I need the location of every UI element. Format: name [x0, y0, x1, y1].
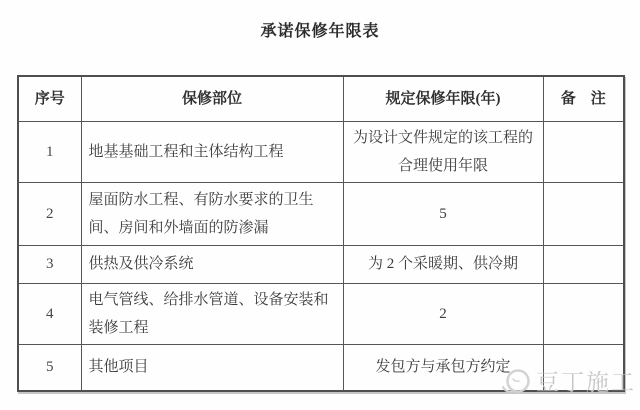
col-header-part: 保修部位 [81, 76, 343, 121]
remark-cell [543, 344, 624, 391]
table-row: 1 地基基础工程和主体结构工程 为设计文件规定的该工程的合理使用年限 [18, 121, 624, 182]
table-row: 5 其他项目 发包方与承包方约定 [18, 344, 624, 391]
col-header-index: 序号 [18, 76, 81, 121]
table-header-row: 序号 保修部位 规定保修年限(年) 备 注 [18, 76, 624, 121]
warranty-part: 供热及供冷系统 [81, 245, 343, 283]
col-header-period: 规定保修年限(年) [343, 76, 543, 121]
row-index: 3 [18, 245, 81, 283]
warranty-period: 5 [343, 182, 543, 245]
table-row: 4 电气管线、给排水管道、设备安装和装修工程 2 [18, 283, 624, 344]
remark-cell [543, 182, 624, 245]
warranty-period: 为设计文件规定的该工程的合理使用年限 [343, 121, 543, 182]
warranty-period: 2 [343, 283, 543, 344]
warranty-part: 地基基础工程和主体结构工程 [81, 121, 343, 182]
row-index: 1 [18, 121, 81, 182]
row-index: 5 [18, 344, 81, 391]
table-row: 2 屋面防水工程、有防水要求的卫生间、房间和外墙面的防渗漏 5 [18, 182, 624, 245]
remark-cell [543, 283, 624, 344]
warranty-part: 电气管线、给排水管道、设备安装和装修工程 [81, 283, 343, 344]
page-title: 承诺保修年限表 [0, 18, 640, 41]
remark-cell [543, 121, 624, 182]
warranty-part: 屋面防水工程、有防水要求的卫生间、房间和外墙面的防渗漏 [81, 182, 343, 245]
warranty-period: 为 2 个采暖期、供冷期 [343, 245, 543, 283]
warranty-period-table: 序号 保修部位 规定保修年限(年) 备 注 1 地基基础工程和主体结构工程 为设… [17, 75, 625, 392]
row-index: 4 [18, 283, 81, 344]
remark-cell [543, 245, 624, 283]
row-index: 2 [18, 182, 81, 245]
warranty-period: 发包方与承包方约定 [343, 344, 543, 391]
col-header-remark: 备 注 [543, 76, 624, 121]
table-row: 3 供热及供冷系统 为 2 个采暖期、供冷期 [18, 245, 624, 283]
warranty-part: 其他项目 [81, 344, 343, 391]
